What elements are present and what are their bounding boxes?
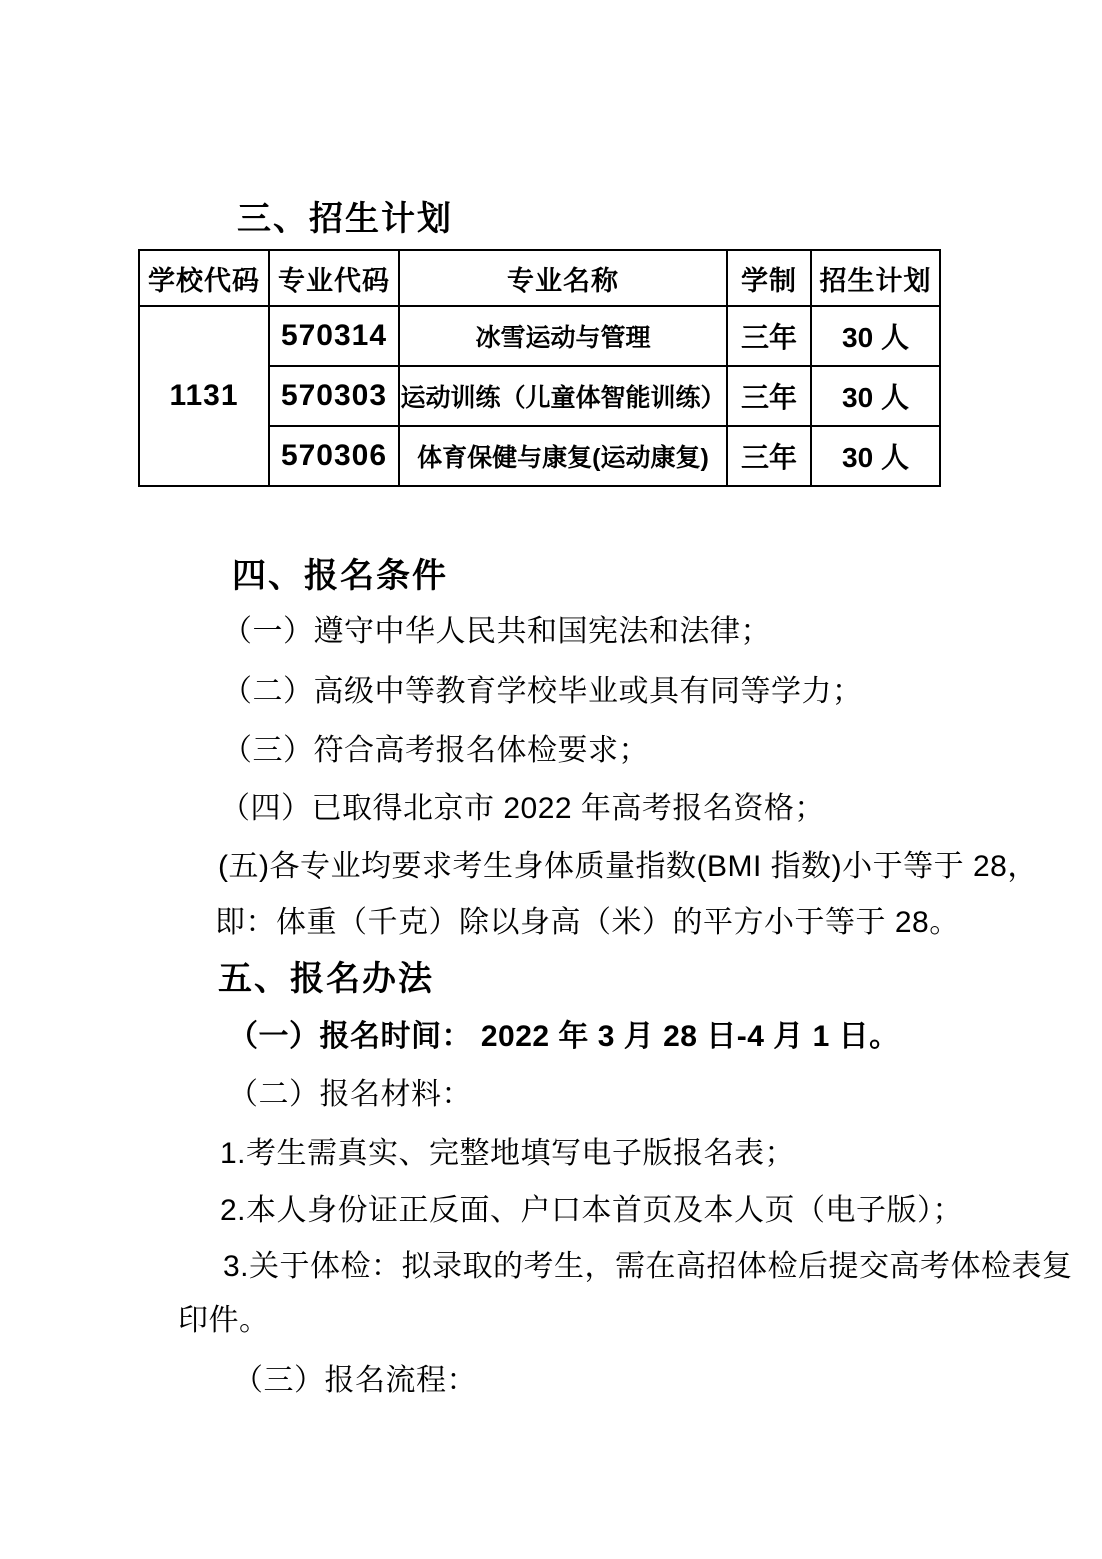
- plan-cell: 30 人: [811, 306, 940, 366]
- major-name-cell: 冰雪运动与管理: [399, 306, 727, 366]
- major-code-cell: 570303: [269, 366, 399, 426]
- duration-cell: 三年: [727, 426, 811, 486]
- table-row: 1131 570314 冰雪运动与管理 三年 30 人: [139, 306, 940, 366]
- condition-item-1: （一）遵守中华人民共和国宪法和法律；: [222, 617, 771, 647]
- header-plan: 招生计划: [811, 250, 940, 306]
- duration-cell: 三年: [727, 306, 811, 366]
- material-item-3: 3.关于体检：拟录取的考生，需在高招体检后提交高考体检表复: [223, 1252, 1073, 1282]
- material-item-1: 1.考生需真实、完整地填写电子版报名表；: [220, 1139, 795, 1169]
- header-major-code: 专业代码: [269, 250, 399, 306]
- material-item-3-continuation: 印件。: [178, 1306, 270, 1336]
- duration-cell: 三年: [727, 366, 811, 426]
- header-duration: 学制: [727, 250, 811, 306]
- section4-heading: 四、报名条件: [232, 559, 448, 593]
- header-major-name: 专业名称: [399, 250, 727, 306]
- registration-process-line: （三）报名流程：: [233, 1366, 477, 1396]
- condition-item-5: (五)各专业均要求考生身体质量指数(BMI 指数)小于等于 28，: [218, 852, 1038, 882]
- condition-item-2: （二）高级中等教育学校毕业或具有同等学力；: [222, 677, 863, 707]
- plan-cell: 30 人: [811, 426, 940, 486]
- school-code-cell: 1131: [139, 306, 269, 486]
- section3-heading: 三、招生计划: [237, 202, 453, 236]
- major-code-cell: 570314: [269, 306, 399, 366]
- registration-materials-line: （二）报名材料：: [228, 1080, 472, 1110]
- condition-item-4: （四）已取得北京市 2022 年高考报名资格；: [220, 794, 825, 824]
- plan-cell: 30 人: [811, 366, 940, 426]
- condition-item-3: （三）符合高考报名体检要求；: [222, 736, 649, 766]
- enrollment-plan-table: 学校代码 专业代码 专业名称 学制 招生计划 1131 570314 冰雪运动与…: [138, 249, 941, 487]
- condition-item-5-continuation: 即：体重（千克）除以身高（米）的平方小于等于 28。: [215, 908, 960, 938]
- major-code-cell: 570306: [269, 426, 399, 486]
- header-school-code: 学校代码: [139, 250, 269, 306]
- section5-heading: 五、报名办法: [218, 962, 434, 996]
- major-name-cell: 运动训练（儿童体智能训练）: [399, 366, 727, 426]
- registration-time-line: （一）报名时间： 2022 年 3 月 28 日-4 月 1 日。: [228, 1022, 900, 1052]
- major-name-cell: 体育保健与康复(运动康复): [399, 426, 727, 486]
- table-header-row: 学校代码 专业代码 专业名称 学制 招生计划: [139, 250, 940, 306]
- material-item-2: 2.本人身份证正反面、户口本首页及本人页（电子版）；: [220, 1196, 963, 1226]
- document-page: 三、招生计划 学校代码 专业代码 专业名称 学制 招生计划 1131 57031…: [0, 0, 1102, 1559]
